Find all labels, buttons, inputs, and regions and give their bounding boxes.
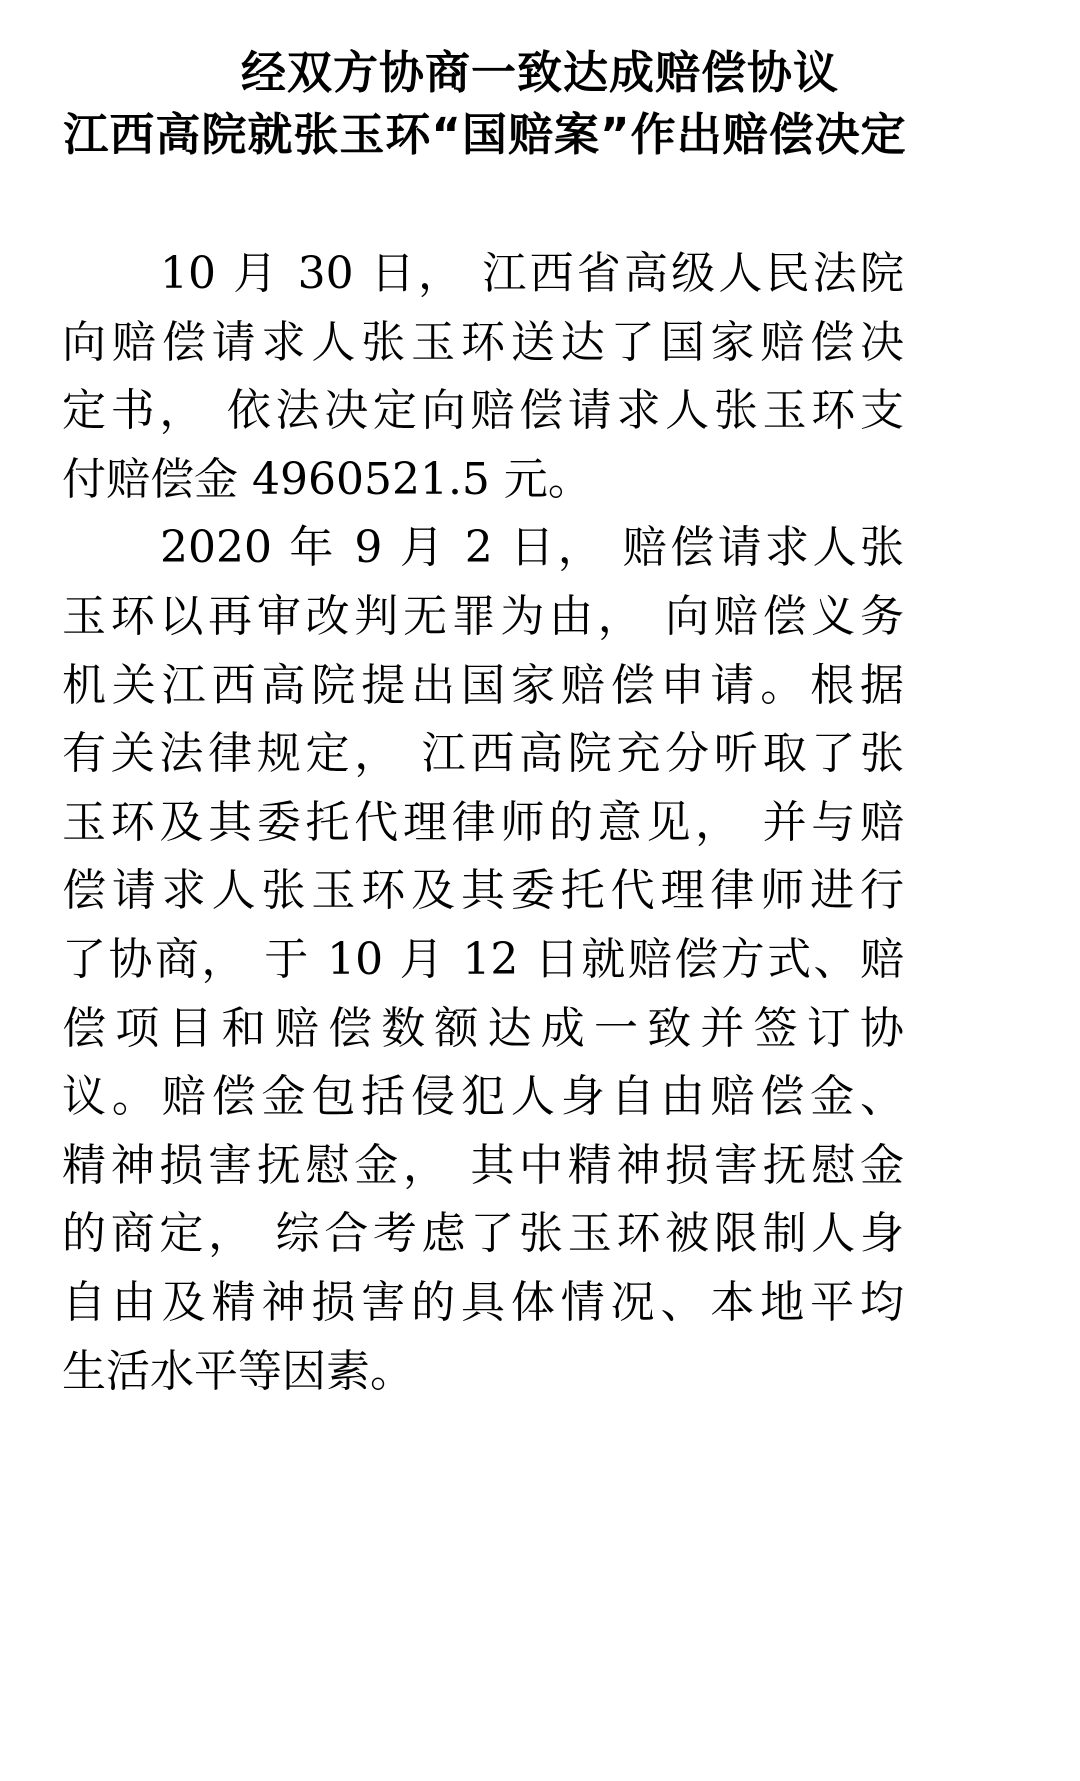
paragraph-line: 有关法律规定， 江西高院充分听取了张 [62, 720, 904, 789]
paragraph-line: 机关江西高院提出国家赔偿申请。根据 [62, 652, 904, 721]
paragraph-line: 偿项目和赔偿数额达成一致并签订协 [62, 995, 904, 1064]
paragraph-2: 2020 年 9 月 2 日， 赔偿请求人张 玉环以再审改判无罪为由， 向赔偿义… [62, 514, 904, 1406]
paragraph-line: 的商定， 综合考虑了张玉环被限制人身 [62, 1200, 904, 1269]
paragraph-line: 议。赔偿金包括侵犯人身自由赔偿金、 [62, 1063, 904, 1132]
paragraph-line: 自由及精神损害的具体情况、本地平均 [62, 1269, 904, 1338]
paragraph-line: 玉环及其委托代理律师的意见， 并与赔 [62, 789, 904, 858]
paragraph-line: 玉环以再审改判无罪为由， 向赔偿义务 [62, 583, 904, 652]
paragraph-line: 向赔偿请求人张玉环送达了国家赔偿决 [62, 309, 904, 378]
paragraph-line: 定书， 依法决定向赔偿请求人张玉环支 [62, 377, 904, 446]
paragraph-line: 精神损害抚慰金， 其中精神损害抚慰金 [62, 1132, 904, 1201]
paragraph-line: 了协商， 于 10 月 12 日就赔偿方式、赔 [62, 926, 904, 995]
headline-line-1: 经双方协商一致达成赔偿协议 [0, 42, 1080, 104]
paragraph-line: 生活水平等因素。 [62, 1338, 904, 1407]
headline: 经双方协商一致达成赔偿协议 江西高院就张玉环“国赔案”作出赔偿决定 [0, 42, 1080, 166]
paragraph-line: 付赔偿金 4960521.5 元。 [62, 446, 904, 515]
paragraph-line: 2020 年 9 月 2 日， 赔偿请求人张 [62, 514, 904, 583]
paragraph-1: 10 月 30 日， 江西省高级人民法院 向赔偿请求人张玉环送达了国家赔偿决 定… [62, 240, 904, 514]
paragraph-line: 偿请求人张玉环及其委托代理律师进行 [62, 857, 904, 926]
article-body: 10 月 30 日， 江西省高级人民法院 向赔偿请求人张玉环送达了国家赔偿决 定… [62, 240, 904, 1406]
headline-line-2: 江西高院就张玉环“国赔案”作出赔偿决定 [0, 104, 1080, 166]
paragraph-line: 10 月 30 日， 江西省高级人民法院 [62, 240, 904, 309]
